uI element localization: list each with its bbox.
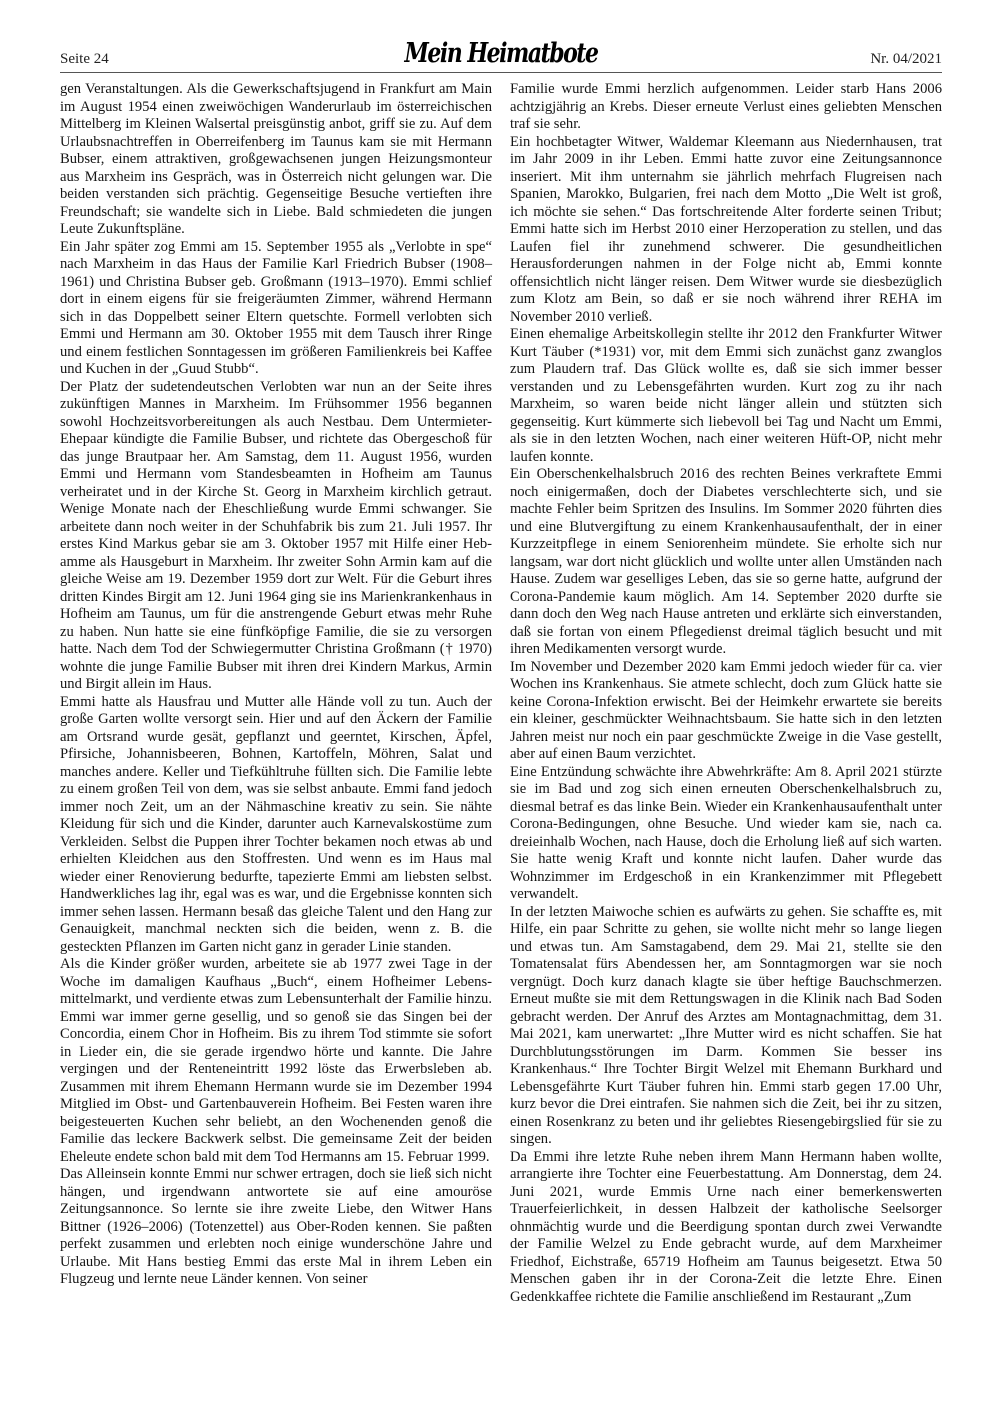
paragraph: gen Veranstaltungen. Als die Gewerkschaf… — [60, 81, 492, 239]
paragraph: Im November und Dezember 2020 kam Emmi j… — [510, 659, 942, 764]
paragraph: Ein hochbetagter Witwer, Waldemar Kleema… — [510, 134, 942, 327]
paragraph: Der Platz der sudetendeutschen Verlobten… — [60, 379, 492, 694]
paragraph: Ein Jahr später zog Emmi am 15. Septembe… — [60, 239, 492, 379]
paragraph: Als die Kinder größer wurden, arbeitete … — [60, 956, 492, 1166]
right-column: Familie wurde Emmi herzlich aufgenommen.… — [510, 81, 942, 1306]
newspaper-logo: Mein Heimatbote — [405, 37, 598, 70]
page-header: Seite 24 Mein Heimatbote Nr. 04/2021 — [60, 28, 942, 73]
paragraph: Einen ehemalige Arbeitskollegin stellte … — [510, 326, 942, 466]
paragraph: In der letzten Maiwoche schien es aufwär… — [510, 904, 942, 1149]
paragraph: Ein Oberschenkelhalsbruch 2016 des recht… — [510, 466, 942, 659]
paragraph: Familie wurde Emmi herzlich aufgenommen.… — [510, 81, 942, 134]
paragraph: Emmi hatte als Hausfrau und Mutter alle … — [60, 694, 492, 957]
issue-number: Nr. 04/2021 — [870, 51, 942, 68]
paragraph: Da Emmi ihre letzte Ruhe neben ihrem Man… — [510, 1149, 942, 1307]
page-number: Seite 24 — [60, 51, 109, 68]
left-column: gen Veranstaltungen. Als die Gewerkschaf… — [60, 81, 492, 1289]
paragraph: Das Alleinsein konnte Emmi nur schwer er… — [60, 1166, 492, 1289]
paragraph: Eine Entzündung schwächte ihre Abwehrkrä… — [510, 764, 942, 904]
